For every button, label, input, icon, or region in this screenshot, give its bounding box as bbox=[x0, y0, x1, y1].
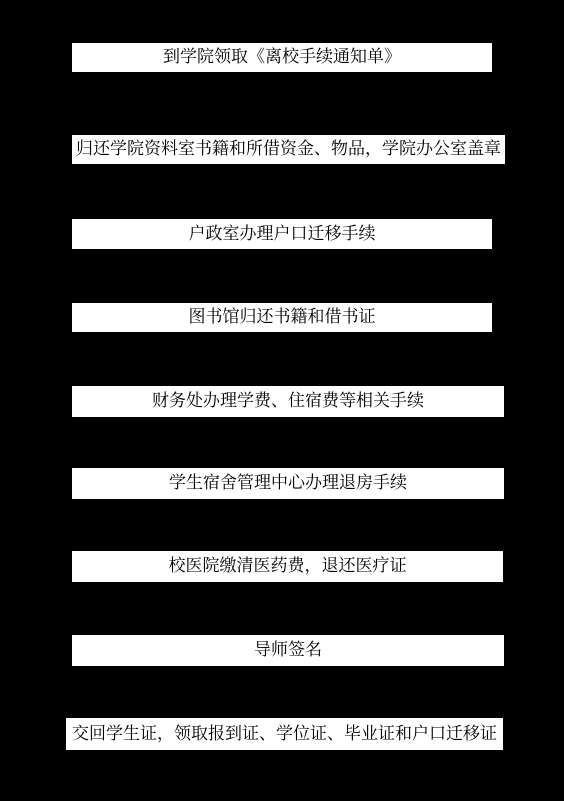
flow-step-7-label: 校医院缴清医药费，退还医疗证 bbox=[169, 558, 407, 575]
flow-step-9: 交回学生证，领取报到证、学位证、毕业证和户口迁移证 bbox=[66, 718, 503, 750]
flow-step-3: 户政室办理户口迁移手续 bbox=[72, 219, 492, 249]
flow-step-8: 导师签名 bbox=[72, 635, 504, 666]
flow-step-1: 到学院领取《离校手续通知单》 bbox=[72, 43, 492, 72]
flow-step-4: 图书馆归还书籍和借书证 bbox=[72, 303, 492, 332]
flow-step-1-label: 到学院领取《离校手续通知单》 bbox=[163, 49, 401, 66]
flow-step-9-label: 交回学生证，领取报到证、学位证、毕业证和户口迁移证 bbox=[72, 726, 497, 743]
flow-step-4-label: 图书馆归还书籍和借书证 bbox=[189, 309, 376, 326]
flow-step-7: 校医院缴清医药费，退还医疗证 bbox=[72, 551, 503, 582]
flow-step-5-label: 财务处办理学费、住宿费等相关手续 bbox=[152, 393, 424, 410]
flow-step-2-label: 归还学院资料室书籍和所借资金、物品，学院办公室盖章 bbox=[76, 141, 501, 158]
flow-step-6: 学生宿舍管理中心办理退房手续 bbox=[72, 468, 504, 499]
flow-step-5: 财务处办理学费、住宿费等相关手续 bbox=[72, 386, 504, 417]
flow-step-2: 归还学院资料室书籍和所借资金、物品，学院办公室盖章 bbox=[72, 135, 505, 164]
flow-step-3-label: 户政室办理户口迁移手续 bbox=[189, 226, 376, 243]
flowchart-canvas: 到学院领取《离校手续通知单》 归还学院资料室书籍和所借资金、物品，学院办公室盖章… bbox=[0, 0, 564, 801]
flow-step-6-label: 学生宿舍管理中心办理退房手续 bbox=[169, 475, 407, 492]
flow-step-8-label: 导师签名 bbox=[254, 642, 322, 659]
